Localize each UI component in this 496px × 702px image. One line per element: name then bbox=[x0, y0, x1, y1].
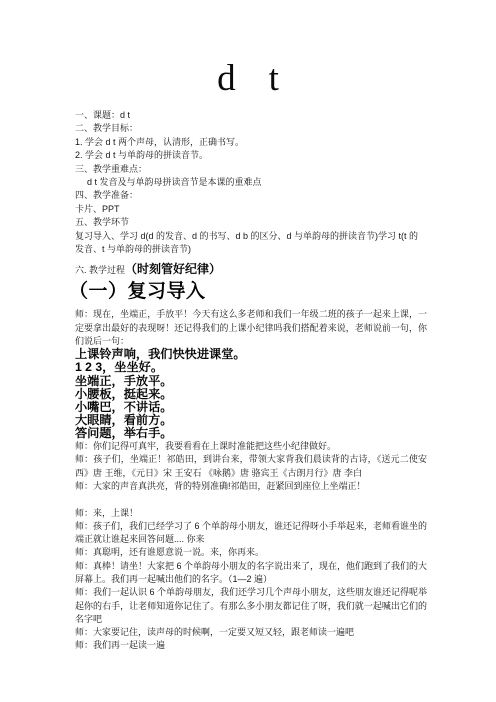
outline-line: d t 发音及与单韵母拼读音节是本课的重难点 bbox=[75, 176, 427, 189]
lesson-paragraph: 师：我们一起认识 6 个单韵母朋友，我们还学习几个声母小朋友，这些朋友谁还记得呢… bbox=[75, 586, 427, 626]
document-page: dt 一、课题：d t二、教学目标：1. 学会 d t 两个声母，认清形，正确书… bbox=[0, 0, 496, 702]
lesson-paragraph: 大眼睛，看前方。 bbox=[75, 414, 427, 427]
title-letter-t: t bbox=[269, 58, 279, 99]
lesson-paragraph: 师：来，上课！ bbox=[75, 507, 427, 520]
outline-line: 复习导入、学习 d(d 的发音、d 的书写、d b 的区分、d 与单韵母的拼读音… bbox=[75, 230, 427, 257]
blank-line bbox=[75, 493, 427, 506]
process-heading: 六. 教学过程（时刻管好纪律） bbox=[75, 260, 427, 277]
lesson-paragraph: 师：孩子们，我们已经学习了 6 个单韵母小朋友，谁还记得呀小手举起来，老师看谁坐… bbox=[75, 520, 427, 547]
lesson-paragraph: 师：你们记得可真牢，我要看看在上课时准能把这些小纪律做好。 bbox=[75, 440, 427, 453]
lesson-paragraph: 答问题，举右手。 bbox=[75, 427, 427, 440]
lesson-paragraph: 师：真棒！请坐！大家把 6 个单韵母小朋友的名字说出来了，现在，他们跑到了我们的… bbox=[75, 560, 427, 587]
outline-line: 2. 学会 d t 与单韵母的拼读音节。 bbox=[75, 149, 427, 162]
lesson-paragraph: 师：大家的声音真洪亮，背的特别准确!祁皓田，赶紧回到座位上坐端正！ bbox=[75, 480, 427, 493]
lesson-paragraph: 师：现在，坐端正，手放平！今天有这么多老师和我们一年级二班的孩子一起来上课，一定… bbox=[75, 308, 427, 348]
outline-line: 1. 学会 d t 两个声母，认清形，正确书写。 bbox=[75, 136, 427, 149]
outline-line: 卡片、PPT bbox=[75, 203, 427, 216]
lesson-paragraph: 师：我们再一起读一遍 bbox=[75, 639, 427, 652]
section-heading-review-intro: （一）复习导入 bbox=[69, 281, 427, 303]
lesson-paragraph: 小腰板，挺起来。 bbox=[75, 388, 427, 401]
document-title: dt bbox=[0, 0, 496, 100]
lesson-paragraphs: 师：现在，坐端正，手放平！今天有这么多老师和我们一年级二班的孩子一起来上课，一定… bbox=[75, 308, 427, 652]
lesson-outline: 一、课题：d t二、教学目标：1. 学会 d t 两个声母，认清形，正确书写。2… bbox=[75, 109, 427, 256]
outline-line: 五、教学环节 bbox=[75, 216, 427, 229]
outline-line: 三、教学重难点： bbox=[75, 163, 427, 176]
lesson-paragraph: 师：孩子们，坐端正！祁皓田，到讲台来，带领大家背我们晨读背的古诗，《送元二使安西… bbox=[75, 453, 427, 480]
lesson-paragraph: 坐端正，手放平。 bbox=[75, 375, 427, 388]
lesson-paragraph: 师：大家要记住，读声母的时候啊，一定要又短又轻，跟老师读一遍吧 bbox=[75, 626, 427, 639]
lesson-paragraph: 小嘴巴，不讲话。 bbox=[75, 401, 427, 414]
title-letter-d: d bbox=[217, 58, 236, 99]
document-body: 一、课题：d t二、教学目标：1. 学会 d t 两个声母，认清形，正确书写。2… bbox=[75, 109, 427, 653]
outline-line: 一、课题：d t bbox=[75, 109, 427, 122]
process-heading-prefix: 六. 教学过程 bbox=[75, 265, 125, 275]
lesson-paragraph: 师：真聪明，还有谁愿意说一说。来，你再来。 bbox=[75, 546, 427, 559]
lesson-paragraph: 1 2 3，坐坐好。 bbox=[75, 361, 427, 374]
process-heading-emphasis: （时刻管好纪律） bbox=[125, 262, 221, 276]
outline-line: 二、教学目标： bbox=[75, 122, 427, 135]
outline-line: 四、教学准备： bbox=[75, 189, 427, 202]
